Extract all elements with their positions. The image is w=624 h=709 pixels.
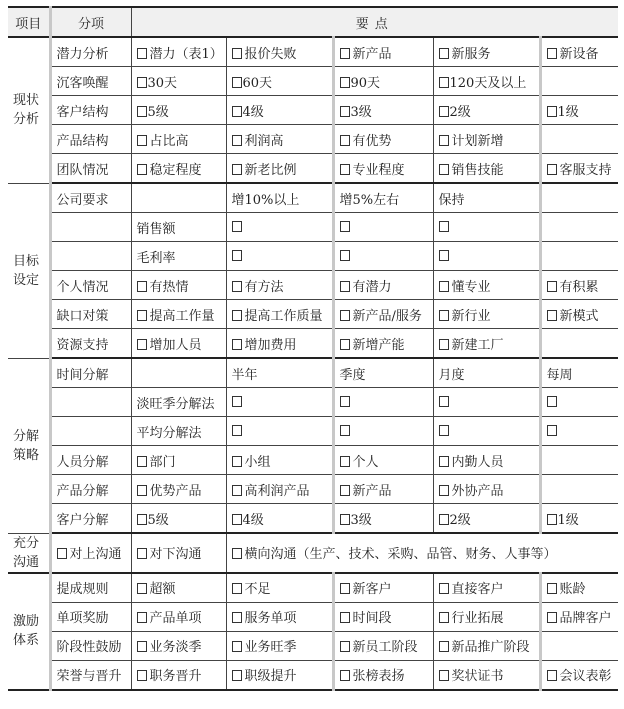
option[interactable]: 账龄 [540,573,618,603]
sub-label: 缺口对策 [50,300,131,329]
metric-label: 销售额 [131,213,226,242]
checkbox-icon[interactable] [547,514,557,525]
sub-label: 客户分解 [50,504,131,534]
checkbox-icon[interactable] [439,48,449,59]
checkbox-icon[interactable] [137,339,147,350]
column-label: 季度 [333,358,433,388]
column-label: 月度 [433,358,540,388]
metric-label: 毛利率 [131,242,226,271]
table-row: 缺口对策 提高工作量 提高工作质量 新产品/服务 新行业 新模式 [8,300,618,329]
table-row: 荣誉与晋升 职务晋升 职级提升 张榜表扬 奖状证书 会议表彰 [8,660,618,690]
option[interactable]: 增加费用 [226,329,333,359]
category-incentive-system: 激励 体系 [8,573,50,690]
checkbox-icon[interactable] [137,48,147,59]
checkbox-icon[interactable] [547,612,557,623]
checkbox-icon[interactable] [340,135,350,146]
empty-cell [50,242,131,271]
option[interactable]: 内勤人员 [433,446,540,475]
checkbox-icon[interactable] [340,456,350,467]
checkbox-icon[interactable] [439,641,449,652]
option[interactable]: 高利润产品 [226,475,333,504]
sub-label: 客户结构 [50,96,131,125]
option[interactable]: 60天 [226,67,333,96]
option[interactable]: 5级 [131,504,226,534]
checkbox-icon[interactable] [439,310,449,321]
option[interactable]: 新服务 [433,37,540,67]
table-row: 人员分解 部门 小组 个人 内勤人员 [8,446,618,475]
option[interactable]: 外协产品 [433,475,540,504]
checkbox-icon[interactable] [340,425,350,436]
option[interactable]: 3级 [333,504,433,534]
option[interactable] [333,242,433,271]
table-row: 产品结构 占比高 利润高 有优势 计划新增 [8,125,618,154]
option[interactable]: 30天 [131,67,226,96]
option[interactable]: 客服支持 [540,154,618,184]
checkbox-icon[interactable] [232,485,242,496]
option[interactable]: 4级 [226,504,333,534]
method-label: 平均分解法 [131,417,226,446]
checkbox-icon[interactable] [137,310,147,321]
option[interactable]: 报价失败 [226,37,333,67]
option[interactable] [433,388,540,417]
sub-label: 潜力分析 [50,37,131,67]
sub-label: 资源支持 [50,329,131,359]
option[interactable]: 服务单项 [226,602,333,631]
empty-cell [50,417,131,446]
checkbox-icon[interactable] [137,164,147,175]
option[interactable]: 奖状证书 [433,660,540,690]
option[interactable]: 产品单项 [131,602,226,631]
table-row: 平均分解法 [8,417,618,446]
checkbox-icon[interactable] [232,425,242,436]
option[interactable]: 业务淡季 [131,631,226,660]
sub-label: 提成规则 [50,573,131,603]
checkbox-icon[interactable] [340,670,350,681]
checkbox-icon[interactable] [547,281,557,292]
checkbox-icon[interactable] [137,77,147,88]
column-label: 保持 [433,183,540,213]
checkbox-icon[interactable] [439,135,449,146]
checkbox-icon[interactable] [439,221,449,232]
sub-label: 公司要求 [50,183,131,213]
table-row: 资源支持 增加人员 增加费用 新增产能 新建工厂 [8,329,618,359]
checkbox-icon[interactable] [232,514,242,525]
checkbox-icon[interactable] [340,106,350,117]
checkbox-icon[interactable] [439,77,449,88]
checkbox-icon[interactable] [232,310,242,321]
sub-label: 荣誉与晋升 [50,660,131,690]
table-row: 客户分解 5级 4级 3级 2级 1级 [8,504,618,534]
empty-cell [540,242,618,271]
option[interactable] [433,417,540,446]
sub-label: 团队情况 [50,154,131,184]
option[interactable]: 品牌客户 [540,602,618,631]
checkbox-icon[interactable] [340,641,350,652]
option[interactable]: 时间段 [333,602,433,631]
sub-label: 产品分解 [50,475,131,504]
empty-cell [540,67,618,96]
checkbox-icon[interactable] [232,281,242,292]
checkbox-icon[interactable] [232,641,242,652]
checkbox-icon[interactable] [137,514,147,525]
sub-label: 个人情况 [50,271,131,300]
empty-cell [540,446,618,475]
table-row: 毛利率 [8,242,618,271]
column-label: 半年 [226,358,333,388]
checkbox-icon[interactable] [137,670,147,681]
option[interactable]: 业务旺季 [226,631,333,660]
checkbox-icon[interactable] [340,339,350,350]
option[interactable] [226,417,333,446]
checkbox-icon[interactable] [340,164,350,175]
table-row: 目标 设定 公司要求 增10%以上 增5%左右 保持 [8,183,618,213]
table-row: 阶段性鼓励 业务淡季 业务旺季 新员工阶段 新品推广阶段 [8,631,618,660]
option[interactable] [226,388,333,417]
option[interactable]: 会议表彰 [540,660,618,690]
option[interactable]: 5级 [131,96,226,125]
option[interactable]: 有潜力 [333,271,433,300]
option[interactable]: 新建工厂 [433,329,540,359]
checkbox-icon[interactable] [547,670,557,681]
option[interactable]: 新品推广阶段 [433,631,540,660]
option[interactable] [333,388,433,417]
column-label: 每周 [540,358,618,388]
checkbox-icon[interactable] [340,514,350,525]
option[interactable]: 新行业 [433,300,540,329]
sub-label: 单项奖励 [50,602,131,631]
option[interactable]: 2级 [433,96,540,125]
empty-cell [540,329,618,359]
checkbox-icon[interactable] [547,583,557,594]
option[interactable]: 提高工作量 [131,300,226,329]
option[interactable]: 新员工阶段 [333,631,433,660]
option[interactable]: 稳定程度 [131,154,226,184]
checkbox-icon[interactable] [547,106,557,117]
category-goal-setting: 目标 设定 [8,183,50,358]
checkbox-icon[interactable] [137,135,147,146]
table-row: 激励 体系 提成规则 超额 不足 新客户 直接客户 账龄 [8,573,618,603]
option[interactable]: 有积累 [540,271,618,300]
table-row: 客户结构 5级 4级 3级 2级 1级 [8,96,618,125]
table-row: 销售额 [8,213,618,242]
table-row: 分解 策略 时间分解 半年 季度 月度 每周 [8,358,618,388]
option[interactable]: 新增产能 [333,329,433,359]
option[interactable]: 有热情 [131,271,226,300]
option[interactable] [433,213,540,242]
option[interactable]: 1级 [540,504,618,534]
option[interactable] [540,417,618,446]
checkbox-icon[interactable] [547,396,557,407]
checkbox-icon[interactable] [547,164,557,175]
option[interactable] [226,213,333,242]
checkbox-icon[interactable] [340,77,350,88]
option[interactable]: 部门 [131,446,226,475]
checkbox-icon[interactable] [547,48,557,59]
checkbox-icon[interactable] [439,396,449,407]
checkbox-icon[interactable] [137,485,147,496]
checkbox-icon[interactable] [439,281,449,292]
empty-cell [540,475,618,504]
option[interactable] [540,388,618,417]
sub-label: 时间分解 [50,358,131,388]
checkbox-icon[interactable] [232,548,242,559]
checkbox-icon[interactable] [232,612,242,623]
checkbox-icon[interactable] [340,250,350,261]
checkbox-icon[interactable] [340,281,350,292]
option[interactable] [226,242,333,271]
checkbox-icon[interactable] [439,514,449,525]
option[interactable]: 新客户 [333,573,433,603]
category-current-analysis: 现状 分析 [8,37,50,183]
empty-cell [540,183,618,213]
option[interactable]: 专业程度 [333,154,433,184]
header-row: 项目 分项 要点 [8,7,618,37]
option[interactable]: 新产品/服务 [333,300,433,329]
checkbox-icon[interactable] [340,310,350,321]
sub-label: 产品结构 [50,125,131,154]
sub-label: 阶段性鼓励 [50,631,131,660]
option[interactable]: 占比高 [131,125,226,154]
checkbox-icon[interactable] [340,583,350,594]
sub-label: 人员分解 [50,446,131,475]
option[interactable]: 张榜表扬 [333,660,433,690]
option[interactable]: 行业拓展 [433,602,540,631]
table-row: 充分 沟通 对上沟通 对下沟通 横向沟通（生产、技术、采购、品管、财务、人事等） [8,533,618,573]
option[interactable]: 利润高 [226,125,333,154]
checkbox-icon[interactable] [232,456,242,467]
checkbox-icon[interactable] [232,48,242,59]
checkbox-icon[interactable] [232,396,242,407]
checkbox-icon[interactable] [439,670,449,681]
checkbox-icon[interactable] [439,250,449,261]
checkbox-icon[interactable] [232,164,242,175]
column-label: 增5%左右 [333,183,433,213]
empty-cell [50,213,131,242]
option[interactable]: 潜力（表1） [131,37,226,67]
option[interactable]: 不足 [226,573,333,603]
option[interactable]: 职务晋升 [131,660,226,690]
option[interactable]: 90天 [333,67,433,96]
checkbox-icon[interactable] [137,641,147,652]
header-sub: 分项 [50,7,131,37]
checkbox-icon[interactable] [547,310,557,321]
sub-label: 沉客唤醒 [50,67,131,96]
option[interactable]: 对上沟通 [50,533,131,573]
option[interactable]: 3级 [333,96,433,125]
option[interactable] [333,213,433,242]
checkbox-icon[interactable] [137,612,147,623]
checkbox-icon[interactable] [232,670,242,681]
option[interactable]: 职级提升 [226,660,333,690]
empty-cell [50,388,131,417]
table-row: 产品分解 优势产品 高利润产品 新产品 外协产品 [8,475,618,504]
option[interactable]: 新模式 [540,300,618,329]
option[interactable]: 个人 [333,446,433,475]
empty-cell [540,125,618,154]
table-row: 个人情况 有热情 有方法 有潜力 懂专业 有积累 [8,271,618,300]
checkbox-icon[interactable] [137,583,147,594]
checkbox-icon[interactable] [340,396,350,407]
checkbox-icon[interactable] [340,612,350,623]
sales-plan-table: 项目 分项 要点 现状 分析 潜力分析 潜力（表1） 报价失败 新产品 新服务 … [8,6,618,691]
option[interactable]: 懂专业 [433,271,540,300]
checkbox-icon[interactable] [232,583,242,594]
method-label: 淡旺季分解法 [131,388,226,417]
checkbox-icon[interactable] [232,250,242,261]
checkbox-icon[interactable] [137,281,147,292]
checkbox-icon[interactable] [232,135,242,146]
option[interactable]: 计划新增 [433,125,540,154]
option[interactable]: 4级 [226,96,333,125]
header-points: 要点 [131,7,618,37]
table-row: 单项奖励 产品单项 服务单项 时间段 行业拓展 品牌客户 [8,602,618,631]
checkbox-icon[interactable] [137,106,147,117]
checkbox-icon[interactable] [439,456,449,467]
option[interactable]: 横向沟通（生产、技术、采购、品管、财务、人事等） [226,533,618,573]
checkbox-icon[interactable] [232,221,242,232]
option[interactable]: 有优势 [333,125,433,154]
checkbox-icon[interactable] [439,106,449,117]
option[interactable]: 提高工作质量 [226,300,333,329]
option[interactable] [433,242,540,271]
checkbox-icon[interactable] [439,583,449,594]
checkbox-icon[interactable] [137,548,147,559]
option[interactable]: 120天及以上 [433,67,540,96]
option[interactable]: 新设备 [540,37,618,67]
checkbox-icon[interactable] [340,48,350,59]
table-row: 团队情况 稳定程度 新老比例 专业程度 销售技能 客服支持 [8,154,618,184]
checkbox-icon[interactable] [137,456,147,467]
option[interactable]: 新产品 [333,475,433,504]
checkbox-icon[interactable] [340,485,350,496]
empty-cell [131,183,226,213]
checkbox-icon[interactable] [439,339,449,350]
checkbox-icon[interactable] [439,425,449,436]
option[interactable]: 新老比例 [226,154,333,184]
option[interactable]: 超额 [131,573,226,603]
table-row: 现状 分析 潜力分析 潜力（表1） 报价失败 新产品 新服务 新设备 [8,37,618,67]
empty-cell [540,213,618,242]
checkbox-icon[interactable] [232,339,242,350]
option[interactable]: 新产品 [333,37,433,67]
option[interactable]: 增加人员 [131,329,226,359]
empty-cell [131,358,226,388]
option[interactable]: 有方法 [226,271,333,300]
option[interactable] [333,417,433,446]
option[interactable]: 优势产品 [131,475,226,504]
checkbox-icon[interactable] [232,77,242,88]
checkbox-icon[interactable] [439,612,449,623]
checkbox-icon[interactable] [232,106,242,117]
category-communication: 充分 沟通 [8,533,50,573]
category-breakdown-strategy: 分解 策略 [8,358,50,533]
option[interactable]: 1级 [540,96,618,125]
table-row: 沉客唤醒 30天 60天 90天 120天及以上 [8,67,618,96]
column-label: 增10%以上 [226,183,333,213]
checkbox-icon[interactable] [57,548,67,559]
option[interactable]: 对下沟通 [131,533,226,573]
option[interactable]: 直接客户 [433,573,540,603]
checkbox-icon[interactable] [547,425,557,436]
option[interactable]: 销售技能 [433,154,540,184]
checkbox-icon[interactable] [340,221,350,232]
checkbox-icon[interactable] [439,485,449,496]
header-item: 项目 [8,7,50,37]
checkbox-icon[interactable] [439,164,449,175]
option[interactable]: 小组 [226,446,333,475]
table-row: 淡旺季分解法 [8,388,618,417]
empty-cell [540,631,618,660]
option[interactable]: 2级 [433,504,540,534]
